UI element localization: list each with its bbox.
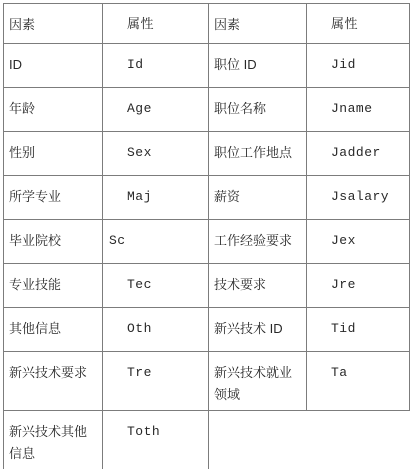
attribute-cell: Jadder [307, 132, 410, 176]
attribute-cell: Tid [307, 308, 410, 352]
attribute-cell: Toth [103, 411, 209, 469]
scanned-table-page: { "table": { "columns": ["因素", "属性", "因素… [0, 0, 415, 469]
factor-cell: 性别 [4, 132, 103, 176]
table-row: 专业技能 Tec 技术要求 Jre [4, 264, 410, 308]
factor-cell: 新兴技术 ID [209, 308, 307, 352]
attribute-cell: Jid [307, 44, 410, 88]
factor-cell: 毕业院校 [4, 220, 103, 264]
empty-cell [209, 411, 307, 469]
table-row: 年龄 Age 职位名称 Jname [4, 88, 410, 132]
attribute-cell: Id [103, 44, 209, 88]
factor-cell: 其他信息 [4, 308, 103, 352]
table-row: 性别 Sex 职位工作地点 Jadder [4, 132, 410, 176]
table-row: 其他信息 Oth 新兴技术 ID Tid [4, 308, 410, 352]
attribute-cell: Maj [103, 176, 209, 220]
factor-cell: 新兴技术就业领域 [209, 352, 307, 411]
table-row: 毕业院校 Sc 工作经验要求 Jex [4, 220, 410, 264]
attribute-cell: Sc [103, 220, 209, 264]
table-row: 新兴技术其他信息 Toth [4, 411, 410, 469]
attribute-cell: Tec [103, 264, 209, 308]
header-attribute-right: 属性 [307, 4, 410, 44]
empty-cell [307, 411, 410, 469]
header-attribute-left: 属性 [103, 4, 209, 44]
factor-cell: 工作经验要求 [209, 220, 307, 264]
attribute-cell: Ta [307, 352, 410, 411]
attribute-cell: Jsalary [307, 176, 410, 220]
factor-cell: 职位 ID [209, 44, 307, 88]
factor-cell: 新兴技术要求 [4, 352, 103, 411]
factor-cell: 薪资 [209, 176, 307, 220]
header-factor-left: 因素 [4, 4, 103, 44]
header-row: 因素 属性 因素 属性 [4, 4, 410, 44]
factor-cell: 技术要求 [209, 264, 307, 308]
header-factor-right: 因素 [209, 4, 307, 44]
factor-cell: 所学专业 [4, 176, 103, 220]
factor-cell: 职位名称 [209, 88, 307, 132]
attribute-cell: Age [103, 88, 209, 132]
factor-cell: 新兴技术其他信息 [4, 411, 103, 469]
factor-cell: 职位工作地点 [209, 132, 307, 176]
attribute-cell: Jex [307, 220, 410, 264]
attribute-cell: Oth [103, 308, 209, 352]
table-row: 所学专业 Maj 薪资 Jsalary [4, 176, 410, 220]
table-row: 新兴技术要求 Tre 新兴技术就业领域 Ta [4, 352, 410, 411]
attribute-cell: Sex [103, 132, 209, 176]
factor-cell: 年龄 [4, 88, 103, 132]
attribute-cell: Jre [307, 264, 410, 308]
table-row: ID Id 职位 ID Jid [4, 44, 410, 88]
attribute-cell: Jname [307, 88, 410, 132]
factor-attribute-mapping-table: 因素 属性 因素 属性 ID Id 职位 ID Jid 年龄 Age 职位名称 … [3, 3, 410, 469]
factor-cell: ID [4, 44, 103, 88]
attribute-cell: Tre [103, 352, 209, 411]
factor-cell: 专业技能 [4, 264, 103, 308]
